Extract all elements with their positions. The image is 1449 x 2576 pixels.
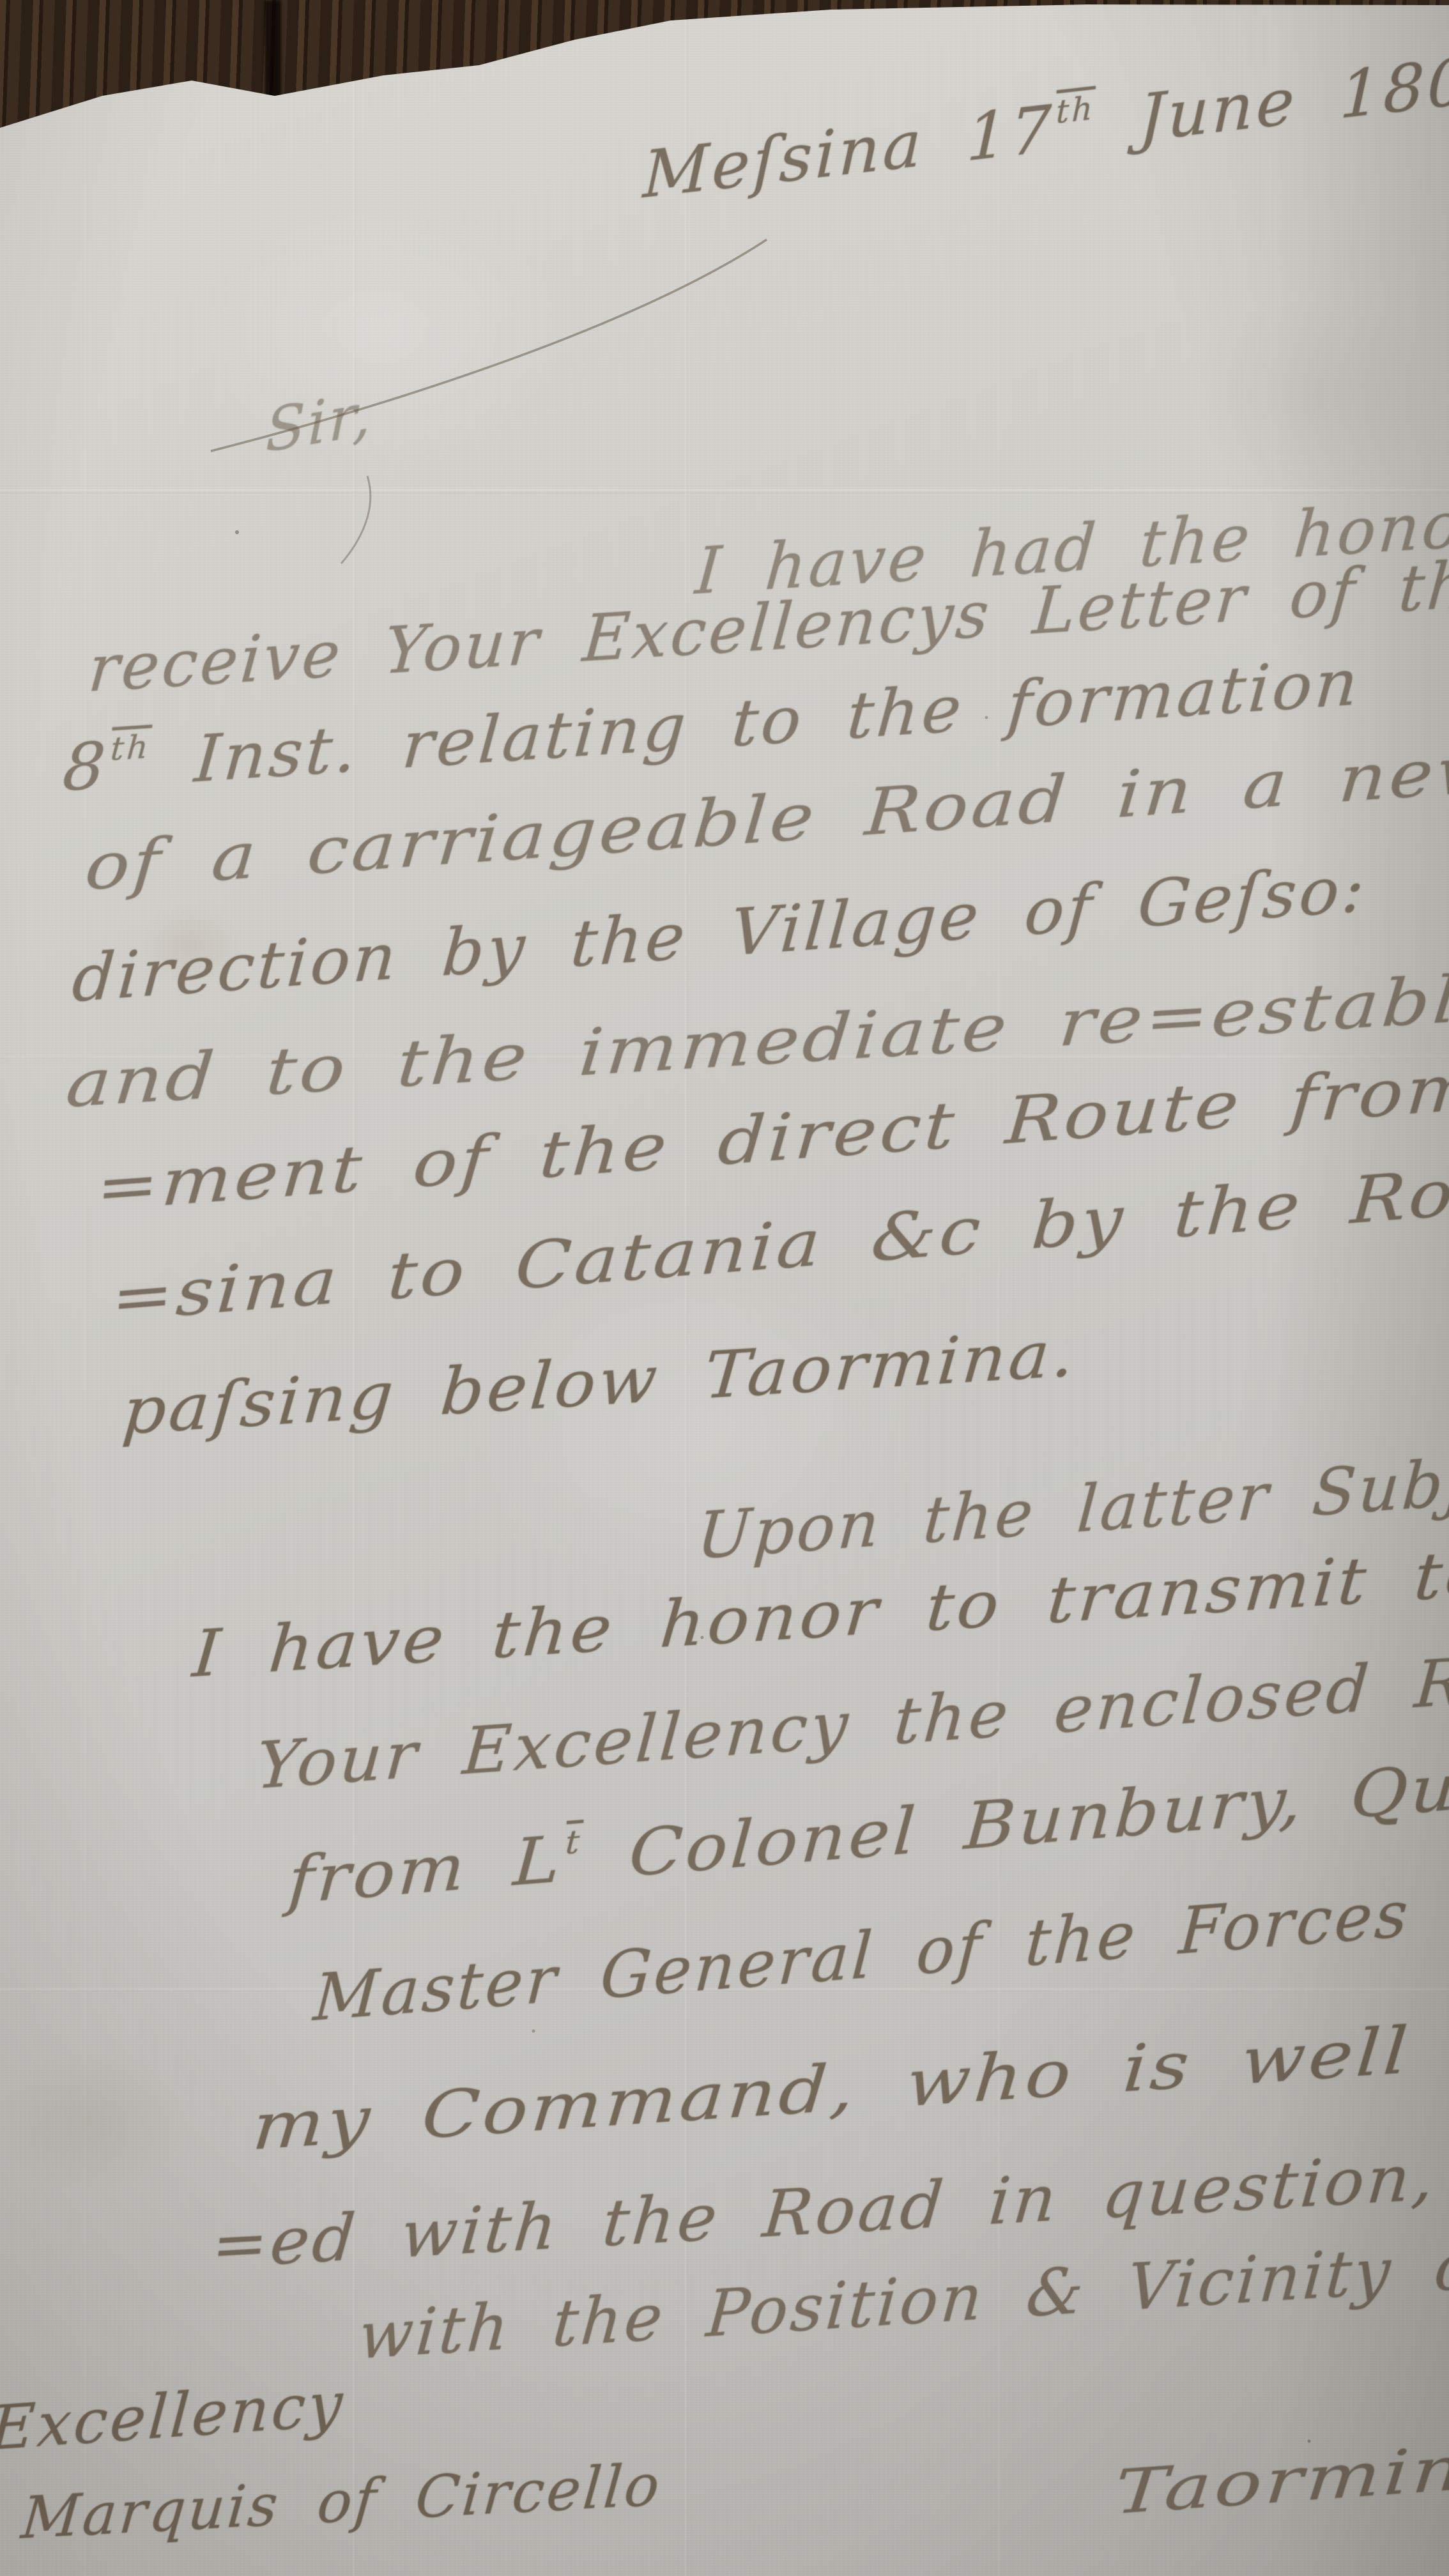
salutation: Sir, [265, 385, 374, 461]
day-number: 8 [60, 728, 111, 806]
rank-superscript: t [564, 1823, 583, 1862]
ordinal-suffix: th [109, 728, 152, 768]
table-board-seam [264, 0, 281, 102]
dateline-ordinal-suffix: th [1055, 89, 1096, 131]
photo-of-letter: Meſsina 17th June 1808. Sir, I have had … [0, 0, 1449, 2576]
